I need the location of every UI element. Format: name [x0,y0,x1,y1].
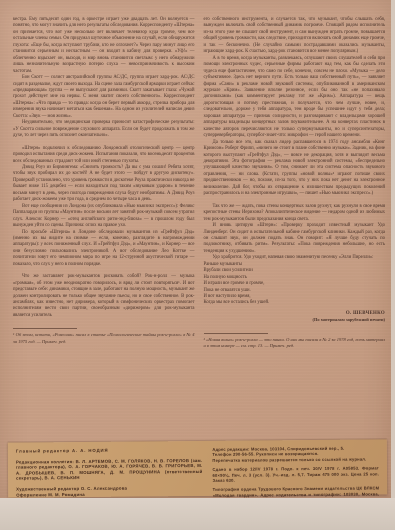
paragraph: Так что же — ждать, пока стены концертны… [204,204,386,223]
chief-editor-line: Главный редактор А. А. НОДИЯ [16,447,203,454]
editorial-board: Редакционная коллегия: В. Л. АРТЕМОВ, С.… [16,458,203,482]
verse-line: Когда мы все остались без ушей. [204,300,386,306]
paragraph: Бон Скотт — солист австралийской группы … [13,75,195,120]
paragraph: «Штерн» подключил к обследованию Лондонс… [13,146,195,165]
paragraph: Что же заставляет рок-музыкантов рискова… [13,274,195,319]
editorial-address: Адрес редакции: Москва, 103104, Спиридон… [212,445,379,463]
paragraph: Дэвид Роуз из Бирмингема: «Снизить громк… [13,165,195,204]
paragraph: Да только все это, как сказал лидер расп… [204,140,386,198]
paragraph: Вот еще сообщения из Лондона (их опублик… [13,204,195,230]
article-right-column: его собственного инструмента, и случаетс… [204,17,386,349]
article-left-column: кестра. Ему пятьдесят один год, в оркест… [13,17,195,349]
paragraph: его собственного инструмента, и случаетс… [204,17,386,56]
paragraph: кестра. Ему пятьдесят один год, в оркест… [13,17,195,75]
source-note: (По материалам зарубежной печати) [204,317,386,323]
paragraph: И вновь цитирую «Штерн»: «Проверку прохо… [204,223,386,255]
footnote-divider [204,333,268,334]
paragraph: Неудивительно, что медицинская проверка … [13,120,195,139]
song-verse: Раньше музыканты Врубали свои усилители … [204,262,386,307]
imprint-block: Адрес редакции: Москва, 103104, Спиридон… [212,445,379,489]
paragraph: А в то время, когда музыканты, развлекая… [204,56,386,140]
footnote-divider [13,328,77,329]
masthead-imprint-strip: Главный редактор А. А. НОДИЯ Редакционна… [8,439,387,497]
article-body: кестра. Ему пятьдесят один год, в оркест… [13,17,385,349]
footnote-2: ² «Новая волна» рок-н-ролла — это панки.… [204,337,386,349]
scanner-background-right [391,0,395,498]
paragraph: По просьбе «Штерна» в Лондоне обследовал… [13,230,195,269]
print-run-info: Сдано в набор 12/IV 1978 г. Подп. к печ.… [212,466,379,484]
scanner-background-bottom [0,498,395,530]
address-line: Перепечатка материалов разрешается тольк… [212,456,379,463]
footnote-1: ¹ Об этом, кстати, «Ровесник» писал в ст… [13,332,195,344]
masthead-block: Главный редактор А. А. НОДИЯ Редакционна… [16,447,203,492]
paragraph: Удо храбрится. Удо уходит, напевая свою … [204,255,386,261]
scanned-magazine-page: кестра. Ему пятьдесят один год, в оркест… [0,0,395,530]
